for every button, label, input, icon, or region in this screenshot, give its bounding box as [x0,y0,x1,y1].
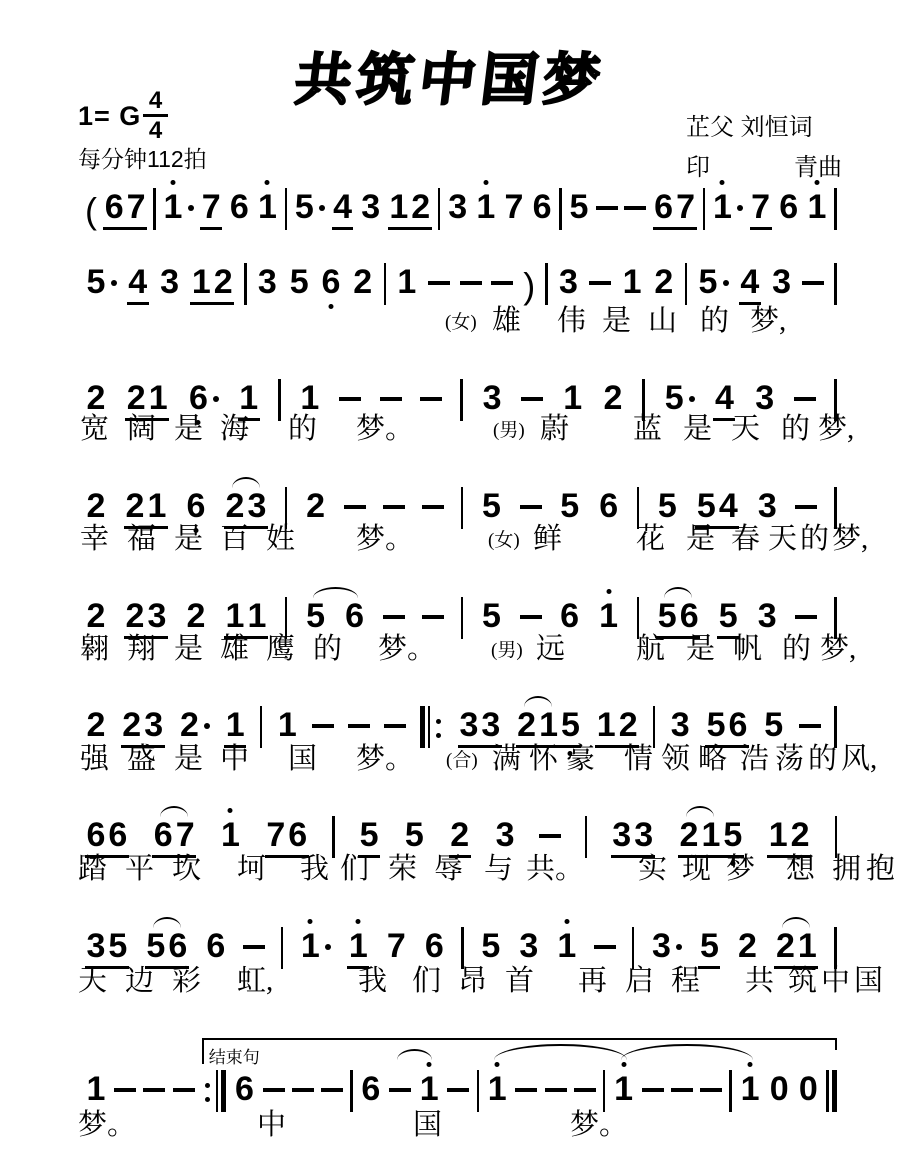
note: 6 [778,190,800,227]
lyric-syllable: 筑 [788,966,817,998]
slur-arc [664,587,692,598]
lyric-syllable: 天 [731,414,760,446]
duration-dash [794,397,816,401]
lyric-syllable: 是 [683,414,712,446]
duration-dash [312,724,334,728]
voice-marker: (合) [446,751,478,772]
note-digits: 5 [85,265,107,302]
lyric-syllable: 的 [313,634,342,666]
note-digit: 5 [663,381,685,415]
slur-arc [397,1049,432,1060]
lyric-syllable: 程 [671,966,700,998]
barline [461,487,464,529]
note-digits: 6 [344,599,366,636]
duration-dash [383,505,405,509]
lyric-syllable: 我 [358,966,387,998]
note-digit: 1 [347,929,369,963]
lyric-syllable: 鹰 [266,634,295,666]
note: 1 [475,190,497,227]
lyric-syllable: 梦。 [78,1110,136,1142]
note: 1 [621,265,643,302]
lyric-syllable: 与 [484,854,513,886]
note-digits: 12 [190,265,234,305]
barline [153,188,156,230]
repeat-dots [205,1072,210,1112]
octave-dot-above [564,919,569,924]
lyric-syllable: 中 [821,966,850,998]
note-digits: 2 [85,489,107,526]
lyric-syllable: 国 [854,966,883,998]
lyric-syllable: 是 [602,306,631,338]
note-digits: 2 [352,265,374,302]
note-digits: 4 [127,265,149,305]
note-digit: 2 [85,599,107,633]
note: 7 [385,929,407,966]
augmentation-dot [676,944,682,950]
lyric-syllable: 昂 [458,966,487,998]
note: 67 [152,818,196,858]
note-digits: 5 [559,489,581,526]
note-digit: 1 [598,599,620,633]
note-digit: 1 [475,190,497,224]
note-digits: 67 [152,818,196,858]
note-digit: 3 [611,818,633,852]
octave-dot-above [356,919,361,924]
barline [685,263,688,305]
note-digits: 3 [756,489,778,526]
note-digit: 4 [127,265,149,299]
note-digits: 6 [531,190,553,227]
note-digit: 7 [385,929,407,963]
octave-dot-above [308,919,313,924]
duration-dash [520,505,542,509]
note-digit: 5 [288,265,310,299]
note: 0 [797,1072,819,1109]
octave-dot-above [495,1062,500,1067]
note-digits: 5 [663,381,685,418]
note: 5 [697,265,729,302]
note-digit: 6 [423,929,445,963]
note-digit: 6 [598,489,620,523]
key-signature: 1= G [78,101,141,132]
note-digit: 3 [458,708,480,742]
note: 76 [265,818,309,858]
note-digit: 3 [246,489,268,523]
note: 5 [288,265,310,302]
octave-dot-above [814,180,819,185]
lyric-syllable: 梦。 [356,524,414,556]
note-digit: 7 [675,190,697,224]
lyric-syllable: 我 [300,854,329,886]
lyric-syllable: 坷 [237,854,266,886]
note-digits: 1 [486,1072,508,1109]
ending-bracket-line [202,1038,837,1040]
time-signature-denominator: 4 [143,118,168,143]
barline [260,706,263,748]
phrase-paren: ( [85,190,97,232]
note: 3 [756,489,778,526]
time-signature: 4 4 [143,88,168,143]
lyric-syllable: 翱 [80,634,109,666]
duration-dash [491,281,513,285]
note-digits: 215 [516,708,582,748]
octave-dot-above [427,1062,432,1067]
augmentation-dot [737,205,743,211]
augmentation-dot [723,280,729,286]
note: 1 [556,929,578,966]
lyric-syllable: 怀 [529,744,558,776]
note-digit: 2 [121,708,143,742]
lyric-syllable: 强 [80,744,109,776]
note-digits: 2 [85,599,107,636]
barline [384,263,387,305]
lyric-syllable: 荣 [388,854,417,886]
lyric-syllable: 浩 [740,744,769,776]
duration-dash [173,1088,195,1092]
note: 3 [360,190,382,227]
note-digits: 6 [360,1072,382,1109]
barline [835,816,838,858]
note-digits: 5 [305,599,327,636]
repeat-dots [436,708,441,748]
barline [438,188,441,230]
lyric-syllable: 梦。 [378,634,436,666]
lyric-syllable: 风, [841,744,877,776]
note: 23 [121,708,165,748]
note: 6 [320,265,342,302]
note-digit: 2 [305,489,327,523]
note-digit: 6 [653,190,675,224]
note: 5 [305,599,327,636]
lyric-syllable: 宽 [80,414,109,446]
lyric-syllable: 共 [745,966,774,998]
note-digit: 6 [360,1072,382,1106]
note-digit: 5 [305,599,327,633]
note-digits: 1 [418,1072,440,1109]
voice-marker: (女) [488,531,520,552]
duration-dash [700,1088,722,1092]
duration-dash [384,724,406,728]
note: 3 [771,265,793,302]
octave-dot-above [606,589,611,594]
note-digit: 6 [531,190,553,224]
lyric-syllable: 是 [174,414,203,446]
note-digits: 1 [739,1072,761,1109]
note-digit: 1 [486,1072,508,1106]
note-digit: 5 [763,708,785,742]
note-digits: 1 [85,1072,107,1109]
note: 1 [711,190,743,227]
lyric-syllable: 共。 [526,854,584,886]
note: 6 [423,929,445,966]
barline [632,927,635,969]
phrase-paren: ) [523,265,535,307]
note-digit: 3 [756,599,778,633]
lyric-syllable: 略 [698,744,727,776]
note-digit: 2 [602,381,624,415]
slur-arc [313,587,358,598]
note: 1 [299,929,331,966]
note-digit: 3 [518,929,540,963]
note: 215 [516,708,582,748]
lyric-syllable: 梦 [726,854,755,886]
note-digit: 7 [125,190,147,224]
note-digits: 2 [449,818,471,858]
barline [603,1070,606,1112]
note-digit: 2 [449,818,471,852]
note-digits: 7 [503,190,525,227]
note-digits: 56 [705,708,749,748]
note-digit: 3 [447,190,469,224]
note-digits: 1 [299,929,321,966]
lyric-syllable: 梦。 [356,414,414,446]
lyric-syllable: 梦, [820,634,856,666]
lyric-syllable: 豪 [566,744,595,776]
note-digit: 0 [768,1072,790,1106]
note-digits: 2 [602,381,624,418]
lyric-syllable: 是 [174,634,203,666]
note-digit: 7 [174,818,196,852]
note-digit: 3 [771,265,793,299]
note-digit: 5 [717,599,739,633]
note: 5 [568,190,590,227]
lyric-syllable: 的 [782,634,811,666]
note-digits: 1 [347,929,369,969]
note: 3 [256,265,278,302]
lyric-syllable: 鲜 [533,524,562,556]
barline [420,706,425,748]
lyric-syllable: 荡 [775,744,804,776]
lyric-syllable: 实 [638,854,667,886]
lyric-syllable: 蓝 [633,414,662,446]
note-digit: 5 [697,265,719,299]
note: 6 [360,1072,382,1109]
note-digit: 5 [705,708,727,742]
note-digits: 3 [447,190,469,227]
note-digit: 5 [568,190,590,224]
note: 2 [449,818,471,858]
note-digit: 2 [352,265,374,299]
note-digit: 1 [147,381,169,415]
note-digit: 5 [656,489,678,523]
lyric-syllable: 福 [127,524,156,556]
note-digit: 4 [332,190,354,224]
lyric-syllable: 远 [536,634,565,666]
note: 2 [185,599,207,636]
octave-dot-below [328,304,333,309]
note-digit: 7 [750,190,772,224]
augmentation-dot [213,396,219,402]
note: 6 [559,599,581,636]
note-digit: 2 [185,599,207,633]
note: 2 [178,708,210,745]
note-digits: 2 [85,708,107,745]
barline [585,816,588,858]
note: 5 [559,489,581,526]
note: 3 [159,265,181,302]
note-digit: 3 [256,265,278,299]
note: 1 [486,1072,508,1109]
note-digits: 12 [595,708,639,748]
barline [428,706,431,748]
note-digits: 1 [224,708,246,748]
lyric-syllable: 帆 [733,634,762,666]
octave-dot-above [621,1062,626,1067]
note: 0 [768,1072,790,1109]
augmentation-dot [204,723,210,729]
lyric-syllable: 的 [808,744,837,776]
note: 1 [220,818,242,855]
duration-dash [420,397,442,401]
lyric-syllable: 启 [625,966,654,998]
note-digit: 5 [695,489,717,523]
note-digit: 1 [85,1072,107,1106]
note: 6 [205,929,227,966]
duration-dash [422,615,444,619]
note: 4 [332,190,354,230]
note-digits: 12 [388,190,432,230]
note-digit: 5 [480,929,502,963]
lyric-syllable: 情 [624,744,653,776]
paren-glyph: ( [85,190,97,232]
barline [559,188,562,230]
lyric-syllable: 梦, [818,414,854,446]
barline [834,706,837,748]
note-digits: 35 [85,929,129,969]
barline [653,706,656,748]
duration-dash [380,397,402,401]
note: 3 [669,708,691,745]
note-digit: 6 [85,818,107,852]
note-digits: 3 [494,818,516,855]
note: 12 [595,708,639,748]
lyric-syllable: 平 [125,854,154,886]
note-digits: 3 [669,708,691,745]
music-line: 166111100 [85,1072,837,1120]
note-digit: 5 [293,190,315,224]
note: 2 [352,265,374,302]
note-digit: 1 [146,489,168,523]
note-digit: 2 [653,265,675,299]
note-digit: 1 [162,190,184,224]
note-digits: 6 [598,489,620,526]
note: 3 [481,381,503,418]
note-digits: 1 [396,265,418,302]
duration-dash [114,1088,136,1092]
note-digits: 6 [205,929,227,966]
note-digit: 3 [756,489,778,523]
duration-dash [243,945,265,949]
ending-label: 结束句 [209,1043,260,1068]
lyric-syllable: 雄 [492,306,521,338]
lyric-syllable: 辱 [434,854,463,886]
composer-credit: 印 青曲 [686,147,842,182]
lyric-syllable: 领 [661,744,690,776]
duration-dash [348,724,370,728]
note-digits: 215 [678,818,744,858]
barline [834,927,837,969]
note-digit: 5 [403,818,425,852]
note-digit: 1 [556,929,578,963]
note-digit: 6 [287,818,309,852]
note-digit: 1 [299,381,321,415]
barline [278,379,281,421]
augmentation-dot [689,396,695,402]
note-digits: 23 [121,708,165,748]
note-digit: 5 [656,599,678,633]
voice-marker: (男) [493,421,525,442]
slur-arc [686,806,714,817]
lyric-syllable: 拥 [832,854,861,886]
note-digit: 6 [559,599,581,633]
note: 1 [347,929,369,969]
note-digit: 5 [559,489,581,523]
lyric-syllable: 们 [412,966,441,998]
note-digits: 2 [305,489,327,526]
composer-name-right: 青曲 [794,147,842,182]
note-digit: 3 [754,381,776,415]
note: 3 [518,929,540,966]
note-digits: 3 [159,265,181,302]
note-digits: 12 [767,818,811,858]
voice-marker: (男) [491,641,523,662]
lyric-syllable: 再 [578,966,607,998]
duration-dash [389,1088,411,1092]
note: 1 [162,190,194,227]
note-digit: 1 [700,818,722,852]
note-digits: 6 [233,1072,255,1109]
octave-dot-above [265,180,270,185]
lyric-syllable: 百 [220,524,249,556]
note-digits: 2 [185,599,207,636]
note-digit: 1 [613,1072,635,1106]
duration-dash [539,834,561,838]
note-digit: 1 [238,381,260,415]
note-digit: 1 [739,1072,761,1106]
note-digits: 4 [332,190,354,230]
note-digits: 5 [698,929,720,969]
note-digits: 3 [756,599,778,636]
duration-dash [292,1088,314,1092]
note-digit: 5 [107,929,129,963]
note-digit: 1 [190,265,212,299]
note-digit: 6 [678,599,700,633]
lyric-syllable: 姓 [266,524,295,556]
lyric-syllable: 首 [505,966,534,998]
note-digit: 1 [767,818,789,852]
note: 5 [403,818,425,855]
note-digit: 1 [220,818,242,852]
barline [826,1070,829,1112]
note-digits: 1 [475,190,497,227]
note-digit: 2 [85,381,107,415]
lyric-syllable: 坎 [172,854,201,886]
lyricist-credit: 芷父 刘恒词 [686,107,842,142]
duration-dash [447,1088,469,1092]
lyric-syllable: 是 [686,524,715,556]
lyric-syllable: 梦。 [356,744,414,776]
slur-arc [232,477,260,488]
lyric-syllable: 的 [800,524,829,556]
lyric-syllable: 踏 [78,854,107,886]
lyric-syllable: 翔 [127,634,156,666]
duration-dash [143,1088,165,1092]
note-digits: 66 [85,818,129,858]
note-digit: 3 [85,929,107,963]
note-digit: 6 [205,929,227,963]
note-digit: 2 [212,265,234,299]
note-digits: 7 [385,929,407,966]
